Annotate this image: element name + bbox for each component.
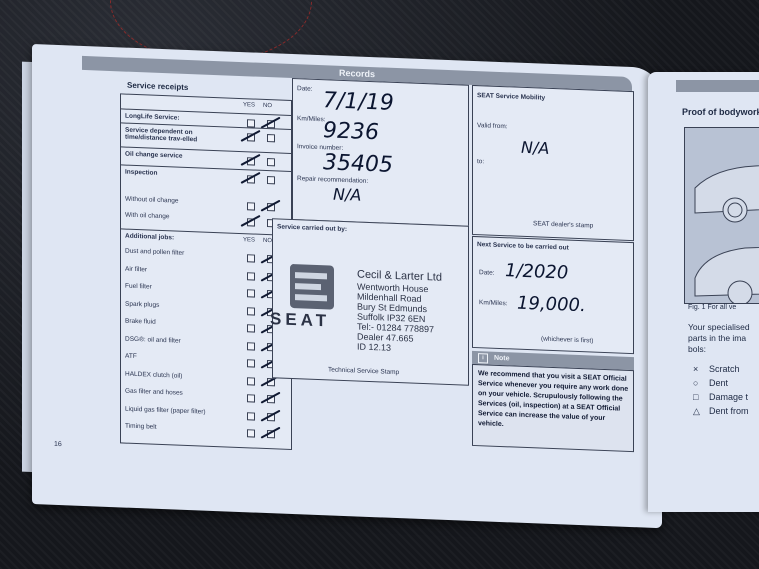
dealer-stamp-label: SEAT dealer's stamp (533, 220, 593, 229)
checklist-label: Gas filter and hoses (125, 388, 235, 399)
checklist-label: ATF (125, 353, 235, 364)
km-value: 9236 (323, 118, 379, 145)
legend-item: △Dent from (693, 406, 749, 417)
no-header: NO (263, 103, 272, 109)
records-page: Records Service receipts YES NO LongLife… (32, 44, 662, 528)
invoice-value: 35405 (323, 150, 393, 178)
next-km-value: 19,000. (517, 293, 586, 317)
no-checkbox[interactable] (267, 176, 275, 184)
date-label: Date: (297, 85, 313, 93)
checklist-label: Dust and pollen filter (125, 248, 235, 259)
next-service-box: Next Service to be carried out Date: 1/2… (472, 236, 634, 354)
service-mobility-box: SEAT Service Mobility Valid from: N/A to… (472, 85, 634, 241)
yes-checkbox[interactable] (247, 377, 255, 385)
checklist-label: Fuel filter (125, 283, 235, 294)
service-by-title: Service carried out by: (277, 223, 347, 233)
checklist-label: With oil change (125, 212, 235, 223)
yes-checkbox[interactable] (247, 307, 255, 315)
legend-item: □Damage t (693, 392, 748, 402)
checklist-label: Timing belt (125, 423, 235, 434)
note-title: Note (494, 355, 510, 363)
legend-item: ×Scratch (693, 364, 740, 374)
service-receipts-title: Service receipts (127, 81, 188, 92)
checklist-label: DSG®: oil and filter (125, 335, 235, 346)
seat-wordmark: SEAT (270, 309, 330, 331)
no-checkbox[interactable] (267, 134, 275, 142)
yes-checkbox[interactable] (247, 289, 255, 297)
page-number: 16 (54, 441, 62, 448)
next-service-title: Next Service to be carried out (477, 241, 569, 252)
next-date-value: 1/2020 (505, 260, 568, 283)
to-label: to: (477, 158, 484, 165)
checklist-label: Air filter (125, 265, 235, 276)
yes-checkbox[interactable] (247, 324, 255, 332)
next-date-label: Date: (479, 269, 495, 277)
mobility-title: SEAT Service Mobility (477, 92, 545, 102)
checklist-label: HALDEX clutch (oil) (125, 370, 235, 381)
seat-logo-icon (290, 264, 334, 310)
stamp-footer: Technical Service Stamp (328, 366, 399, 376)
legend-item: ○Dent (693, 378, 728, 388)
checklist-label: Liquid gas filter (paper filter) (125, 405, 235, 416)
valid-from-value: N/A (521, 138, 549, 158)
figure-caption: Fig. 1 For all ve (688, 304, 736, 311)
km-label: Km/Miles: (297, 115, 326, 123)
checklist-label: LongLife Service: (125, 113, 235, 124)
legend-symbol-icon: × (693, 364, 709, 374)
dealer-stamp: Cecil & Larter LtdWentworth HouseMildenh… (357, 268, 442, 354)
service-record-box: Date: 7/1/19 Km/Miles: 9236 Invoice numb… (292, 78, 469, 227)
checklist-label: Inspection (125, 169, 235, 180)
valid-from-label: Valid from: (477, 122, 508, 130)
legend-symbol-icon: □ (693, 392, 709, 402)
bodywork-header-bar (676, 80, 759, 92)
note-text: We recommend that you visit a SEAT Offic… (478, 369, 630, 435)
legend-symbol-icon: ○ (693, 378, 709, 388)
yes-header: YES (243, 102, 255, 108)
bodywork-text: Your specialisedparts in the imabols: (688, 322, 750, 355)
checklist-label: Brake fluid (125, 318, 235, 329)
car-diagram (684, 127, 759, 304)
bodywork-page: Proof of bodywork Fig. 1 For all ve Your… (648, 72, 759, 512)
repair-value: N/A (333, 185, 361, 205)
checklist-label: Without oil change (125, 196, 235, 207)
bodywork-title: Proof of bodywork (682, 107, 759, 117)
yes-checkbox[interactable] (247, 342, 255, 350)
legend-symbol-icon: △ (693, 406, 709, 417)
yes-checkbox[interactable] (247, 394, 255, 402)
no-checkbox[interactable] (267, 158, 275, 166)
service-receipts-table: YES NO LongLife Service:Service dependen… (120, 93, 292, 450)
info-icon: i (478, 353, 488, 363)
yes-checkbox[interactable] (247, 429, 255, 437)
whichever-first-label: (whichever is first) (541, 336, 593, 345)
date-value: 7/1/19 (323, 88, 394, 116)
note-box: We recommend that you visit a SEAT Offic… (472, 364, 634, 452)
checklist-label: Service dependent on time/distance trav-… (125, 127, 235, 145)
yes-checkbox[interactable] (247, 412, 255, 420)
yes-checkbox[interactable] (247, 272, 255, 280)
checklist-label: Oil change service (125, 151, 235, 162)
yes-checkbox[interactable] (247, 202, 255, 210)
repair-label: Repair recommendation: (297, 175, 368, 185)
yes-checkbox[interactable] (247, 359, 255, 367)
next-km-label: Km/Miles: (479, 299, 508, 307)
checklist-label: Spark plugs (125, 300, 235, 311)
yes-checkbox[interactable] (247, 254, 255, 262)
